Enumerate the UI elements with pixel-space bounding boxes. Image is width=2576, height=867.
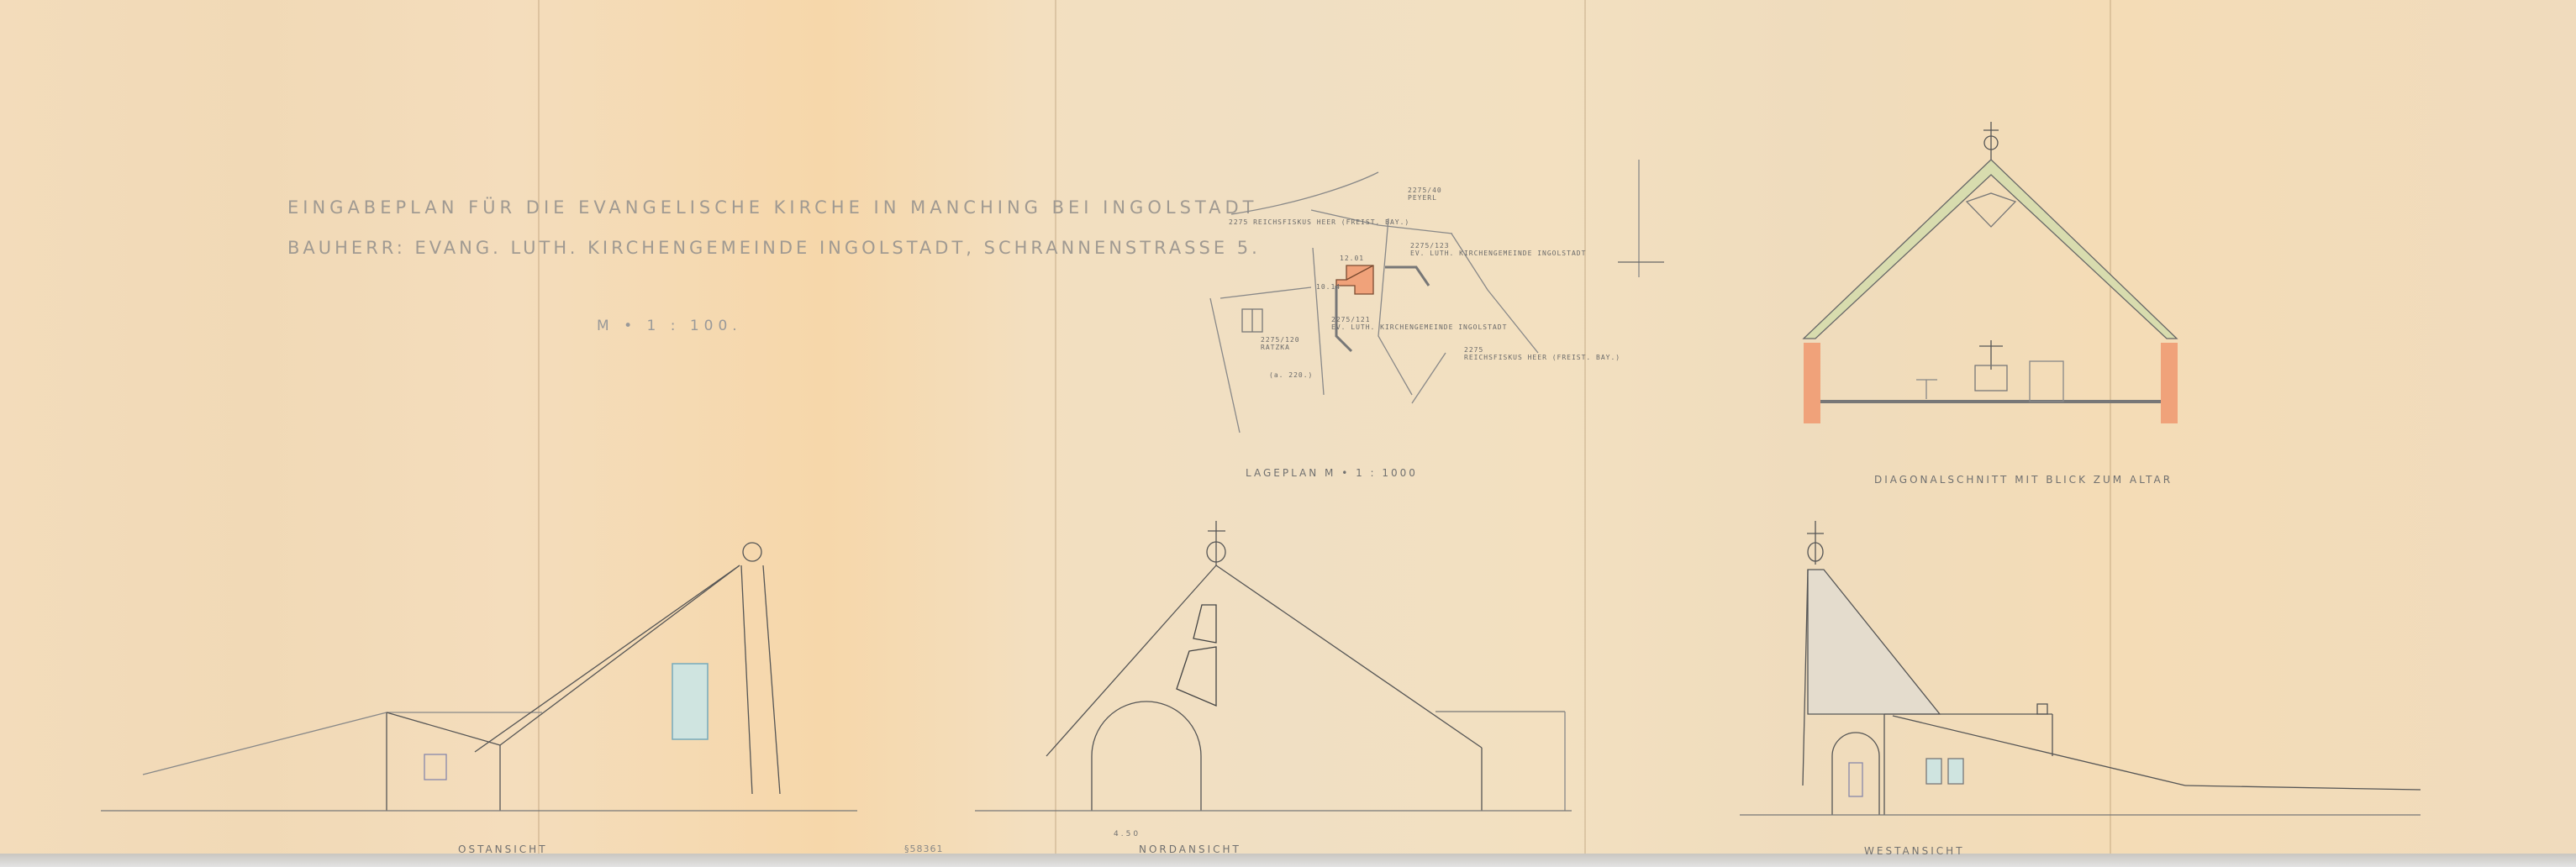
stained-glass-window — [672, 664, 708, 739]
drawings-canvas — [0, 0, 2576, 854]
north-elevation-caption: NORDANSICHT — [1139, 843, 1241, 855]
dimension-label: 12.01 — [1340, 255, 1364, 262]
west-elevation-drawing — [1740, 521, 2421, 815]
parcel-label: 2275 REICHSFISKUS HEER (FREIST. BAY.) — [1229, 218, 1409, 226]
parcel-label: 2275REICHSFISKUS HEER (FREIST. BAY.) — [1464, 346, 1620, 361]
north-elevation-drawing — [975, 521, 1572, 811]
parcel-label: 2275/40PEYERL — [1408, 187, 1442, 202]
diagonal-section-drawing — [1804, 122, 2178, 423]
east-elevation-caption: OSTANSICHT — [458, 843, 548, 855]
parcel-label: 2275/123EV. LUTH. KIRCHENGEMEINDE INGOLS… — [1410, 242, 1586, 257]
handwritten-note: (a. 220.) — [1269, 371, 1313, 379]
parcel-label: 2275/121EV. LUTH. KIRCHENGEMEINDE INGOLS… — [1331, 316, 1507, 331]
sheet-edge-shadow — [0, 854, 2576, 867]
site-plan-caption: LAGEPLAN M • 1 : 1000 — [1246, 467, 1418, 479]
west-elevation-caption: WESTANSICHT — [1864, 845, 1965, 857]
dimension-label: 10.14 — [1316, 283, 1341, 291]
east-elevation-drawing — [101, 543, 857, 811]
dimension-label: 4.50 — [1114, 830, 1140, 838]
parcel-label: 2275/120RATZKA — [1261, 336, 1300, 351]
archive-number: §58361 — [904, 843, 944, 854]
section-caption: DIAGONALSCHNITT MIT BLICK ZUM ALTAR — [1874, 474, 2173, 486]
